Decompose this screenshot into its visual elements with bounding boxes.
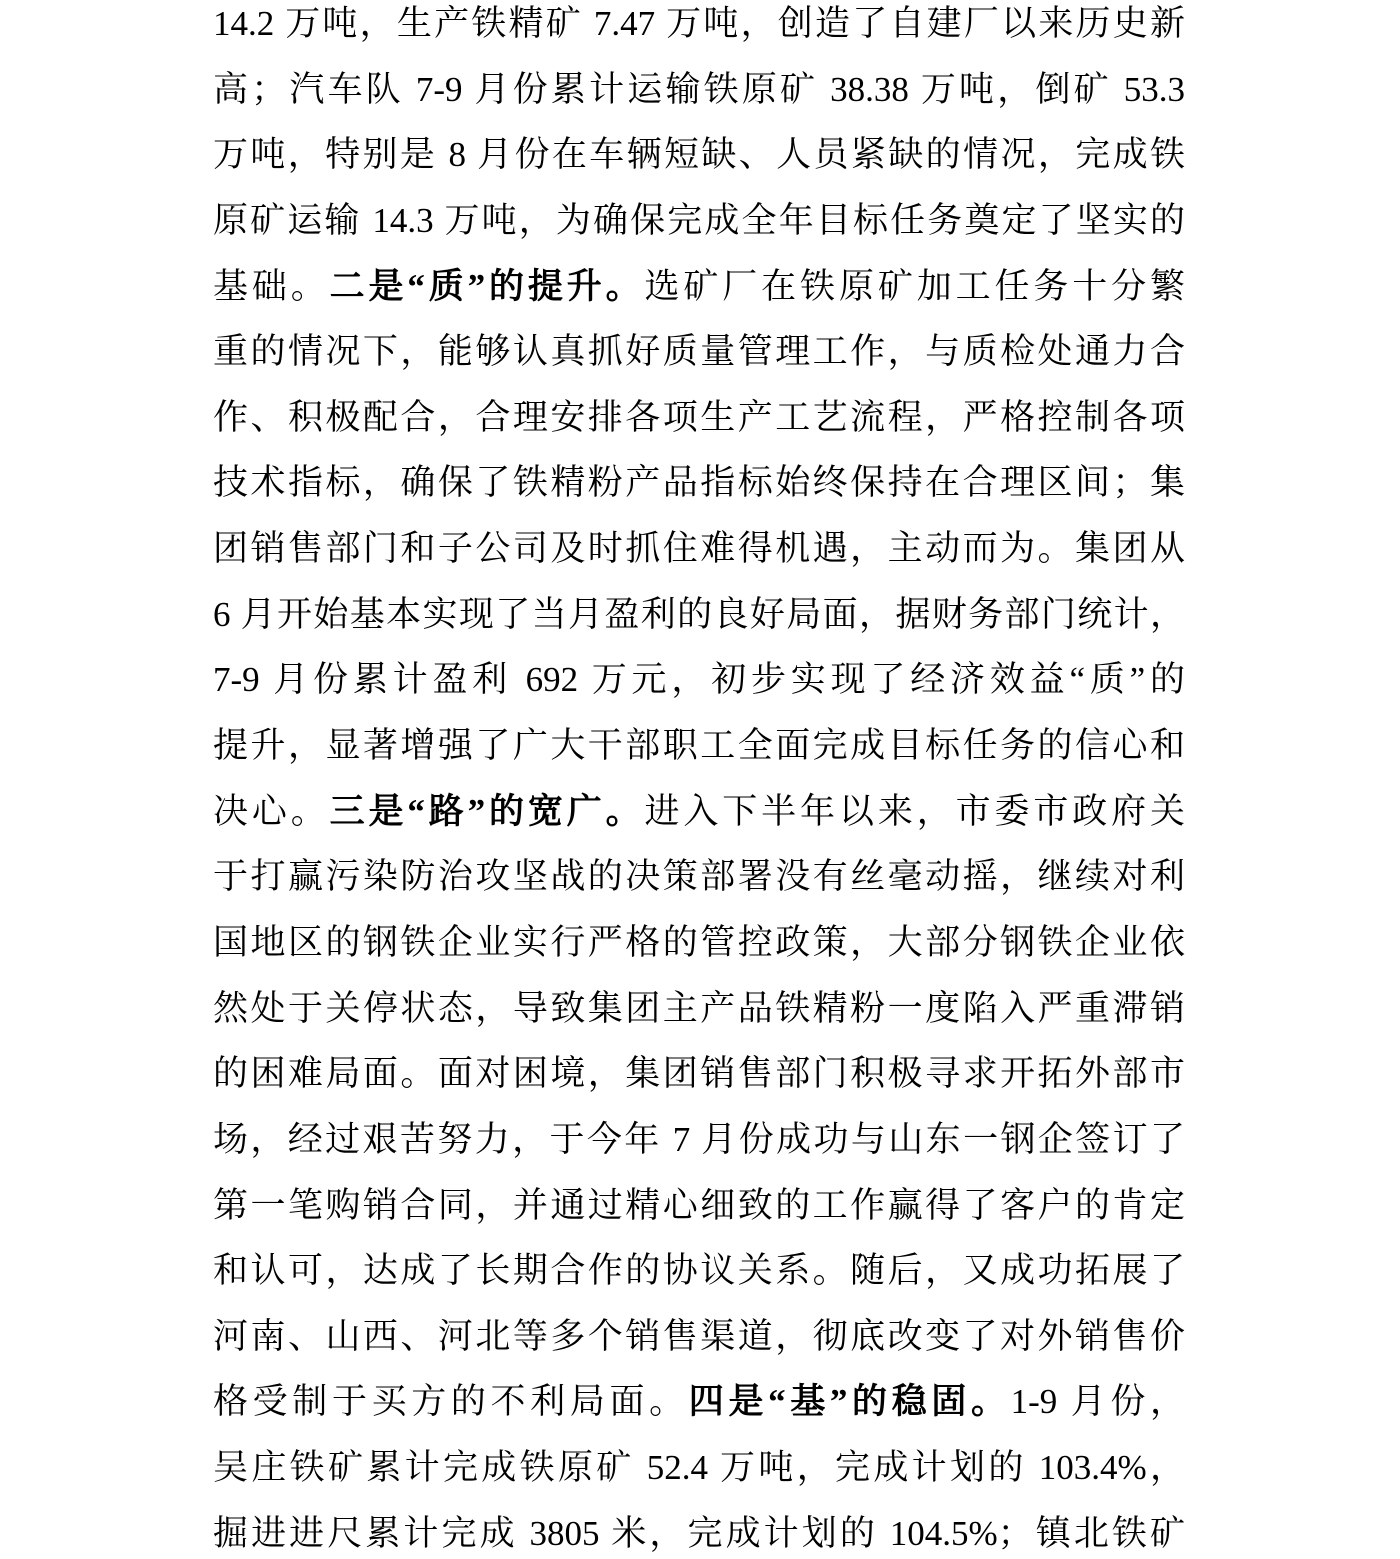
body-text: 和认可，达成了长期合作的协议关系。随后，又成功拓展了 xyxy=(213,1251,1185,1290)
text-line: 场，经过艰苦努力，于今年 7 月份成功与山东一钢企签订了 xyxy=(213,1107,1185,1173)
body-text: 的困难局面。面对困境，集团销售部门积极寻求开拓外部市 xyxy=(213,1054,1185,1093)
body-text: 技术指标，确保了铁精粉产品指标始终保持在合理区间；集 xyxy=(213,463,1185,502)
body-text: 国地区的钢铁企业实行严格的管控政策，大部分钢铁企业依 xyxy=(213,923,1185,962)
text-line: 重的情况下，能够认真抓好质量管理工作，与质检处通力合 xyxy=(213,319,1185,385)
body-text: 于打赢污染防治攻坚战的决策部署没有丝毫动摇，继续对利 xyxy=(213,857,1185,896)
text-line: 基础。二是“质”的提升。选矿厂在铁原矿加工任务十分繁 xyxy=(213,254,1185,320)
text-line: 7-9 月份累计盈利 692 万元，初步实现了经济效益“质”的 xyxy=(213,647,1185,713)
text-line: 掘进进尺累计完成 3805 米，完成计划的 104.5%；镇北铁矿 xyxy=(213,1501,1185,1559)
text-line: 决心。三是“路”的宽广。进入下半年以来，市委市政府关 xyxy=(213,779,1185,845)
text-line: 国地区的钢铁企业实行严格的管控政策，大部分钢铁企业依 xyxy=(213,910,1185,976)
document-text-block: 14.2 万吨，生产铁精矿 7.47 万吨，创造了自建厂以来历史新高；汽车队 7… xyxy=(213,0,1185,1559)
text-line: 的困难局面。面对困境，集团销售部门积极寻求开拓外部市 xyxy=(213,1041,1185,1107)
text-line: 万吨，特别是 8 月份在车辆短缺、人员紧缺的情况，完成铁 xyxy=(213,122,1185,188)
bold-emphasis-text: 二是“质”的提升。 xyxy=(330,267,645,306)
body-text: 掘进进尺累计完成 3805 米，完成计划的 104.5%；镇北铁矿 xyxy=(213,1514,1185,1553)
body-text: 基础。 xyxy=(213,267,330,306)
body-text: 然处于关停状态，导致集团主产品铁精粉一度陷入严重滞销 xyxy=(213,989,1185,1028)
text-line: 和认可，达成了长期合作的协议关系。随后，又成功拓展了 xyxy=(213,1238,1185,1304)
body-text: 6 月开始基本实现了当月盈利的良好局面，据财务部门统计， xyxy=(213,595,1185,634)
body-text: 7-9 月份累计盈利 692 万元，初步实现了经济效益“质”的 xyxy=(213,660,1185,699)
body-text: 选矿厂在铁原矿加工任务十分繁 xyxy=(645,267,1185,306)
text-line: 作、积极配合，合理安排各项生产工艺流程，严格控制各项 xyxy=(213,385,1185,451)
body-text: 原矿运输 14.3 万吨，为确保完成全年目标任务奠定了坚实的 xyxy=(213,201,1185,240)
body-text: 吴庄铁矿累计完成铁原矿 52.4 万吨，完成计划的 103.4%， xyxy=(213,1448,1185,1487)
text-line: 6 月开始基本实现了当月盈利的良好局面，据财务部门统计， xyxy=(213,582,1185,648)
text-line: 提升，显著增强了广大干部职工全面完成目标任务的信心和 xyxy=(213,713,1185,779)
text-line: 格受制于买方的不利局面。四是“基”的稳固。1-9 月份， xyxy=(213,1369,1185,1435)
body-text: 作、积极配合，合理安排各项生产工艺流程，严格控制各项 xyxy=(213,398,1185,437)
text-line: 14.2 万吨，生产铁精矿 7.47 万吨，创造了自建厂以来历史新 xyxy=(213,0,1185,57)
bold-emphasis-text: 四是“基”的稳固。 xyxy=(689,1382,1011,1421)
body-text: 团销售部门和子公司及时抓住难得机遇，主动而为。集团从 xyxy=(213,529,1185,568)
body-text: 万吨，特别是 8 月份在车辆短缺、人员紧缺的情况，完成铁 xyxy=(213,135,1185,174)
document-page: 14.2 万吨，生产铁精矿 7.47 万吨，创造了自建厂以来历史新高；汽车队 7… xyxy=(0,0,1400,1559)
body-text: 决心。 xyxy=(213,792,330,831)
text-line: 第一笔购销合同，并通过精心细致的工作赢得了客户的肯定 xyxy=(213,1173,1185,1239)
text-line: 原矿运输 14.3 万吨，为确保完成全年目标任务奠定了坚实的 xyxy=(213,188,1185,254)
text-line: 吴庄铁矿累计完成铁原矿 52.4 万吨，完成计划的 103.4%， xyxy=(213,1435,1185,1501)
text-line: 然处于关停状态，导致集团主产品铁精粉一度陷入严重滞销 xyxy=(213,976,1185,1042)
text-line: 高；汽车队 7-9 月份累计运输铁原矿 38.38 万吨，倒矿 53.3 xyxy=(213,57,1185,123)
body-text: 第一笔购销合同，并通过精心细致的工作赢得了客户的肯定 xyxy=(213,1186,1185,1225)
body-text: 1-9 月份， xyxy=(1011,1382,1185,1421)
text-line: 技术指标，确保了铁精粉产品指标始终保持在合理区间；集 xyxy=(213,450,1185,516)
body-text: 14.2 万吨，生产铁精矿 7.47 万吨，创造了自建厂以来历史新 xyxy=(213,4,1185,43)
text-line: 团销售部门和子公司及时抓住难得机遇，主动而为。集团从 xyxy=(213,516,1185,582)
bold-emphasis-text: 三是“路”的宽广。 xyxy=(330,792,645,831)
body-text: 场，经过艰苦努力，于今年 7 月份成功与山东一钢企签订了 xyxy=(213,1120,1185,1159)
body-text: 提升，显著增强了广大干部职工全面完成目标任务的信心和 xyxy=(213,726,1185,765)
body-text: 重的情况下，能够认真抓好质量管理工作，与质检处通力合 xyxy=(213,332,1185,371)
text-line: 河南、山西、河北等多个销售渠道，彻底改变了对外销售价 xyxy=(213,1304,1185,1370)
text-line: 于打赢污染防治攻坚战的决策部署没有丝毫动摇，继续对利 xyxy=(213,844,1185,910)
body-text: 格受制于买方的不利局面。 xyxy=(213,1382,689,1421)
body-text: 河南、山西、河北等多个销售渠道，彻底改变了对外销售价 xyxy=(213,1317,1185,1356)
body-text: 进入下半年以来，市委市政府关 xyxy=(645,792,1185,831)
body-text: 高；汽车队 7-9 月份累计运输铁原矿 38.38 万吨，倒矿 53.3 xyxy=(213,70,1185,109)
